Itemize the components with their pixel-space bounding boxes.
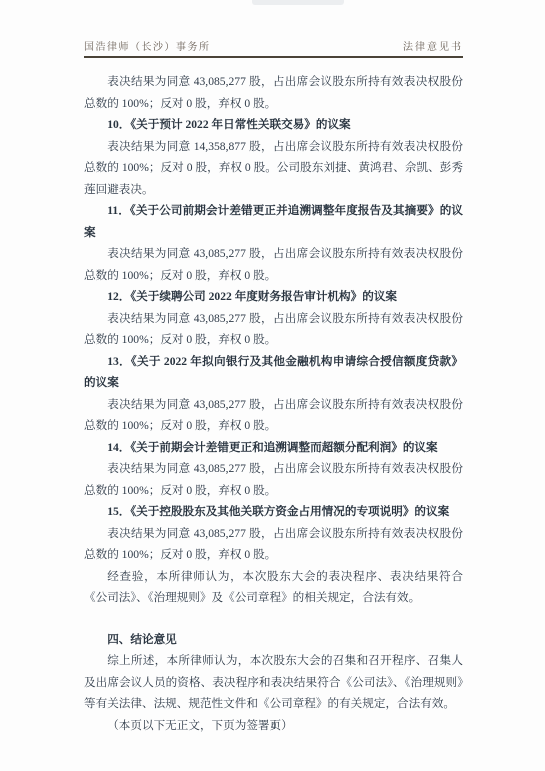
verification-statement-paragraph: 经查验，本所律师认为，本次股东大会的表决程序、表决结果符合《公司法》、《治理规则… bbox=[84, 566, 463, 609]
vote-result-paragraph-item14: 表决结果为同意 43,085,277 股，占出席会议股东所持有效表决权股份总数的… bbox=[84, 458, 463, 501]
proposal-heading-14: 14．《关于前期会计差错更正和追溯调整而超额分配利润》的议案 bbox=[84, 437, 463, 459]
scan-artifact bbox=[252, 0, 344, 5]
page-footer: 4 bbox=[84, 720, 463, 732]
conclusion-paragraph: 综上所述，本所律师认为，本次股东大会的召集和召开程序、召集人及出席会议人员的资格… bbox=[84, 650, 463, 715]
vote-result-paragraph-item15: 表决结果为同意 43,085,277 股，占出席会议股东所持有效表决权股份总数的… bbox=[84, 523, 463, 566]
proposal-heading-15: 15．《关于控股股东及其他关联方资金占用情况的专项说明》的议案 bbox=[84, 501, 463, 523]
proposal-heading-13: 13．《关于 2022 年拟向银行及其他金融机构申请综合授信额度贷款》的议案 bbox=[84, 351, 463, 394]
proposal-heading-11: 11．《关于公司前期会计差错更正并追溯调整年度报告及其摘要》的议案 bbox=[84, 200, 463, 243]
vote-result-paragraph-item13: 表决结果为同意 43,085,277 股，占出席会议股东所持有效表决权股份总数的… bbox=[84, 394, 463, 437]
vote-result-paragraph-item12: 表决结果为同意 43,085,277 股，占出席会议股东所持有效表决权股份总数的… bbox=[84, 308, 463, 351]
legal-opinion-page: 国浩律师（长沙）事务所 法律意见书 表决结果为同意 43,085,277 股，占… bbox=[0, 0, 545, 771]
document-body: 表决结果为同意 43,085,277 股，占出席会议股东所持有效表决权股份总数的… bbox=[84, 71, 463, 736]
page-number: 4 bbox=[271, 720, 277, 732]
page-header: 国浩律师（长沙）事务所 法律意见书 bbox=[84, 38, 463, 58]
vote-result-paragraph-item9: 表决结果为同意 43,085,277 股，占出席会议股东所持有效表决权股份总数的… bbox=[84, 71, 463, 114]
header-firm-name: 国浩律师（长沙）事务所 bbox=[84, 38, 211, 53]
conclusion-section-heading: 四、结论意见 bbox=[84, 629, 463, 651]
header-document-title: 法律意见书 bbox=[403, 38, 463, 53]
proposal-heading-10: 10．《关于预计 2022 年日常性关联交易》的议案 bbox=[84, 114, 463, 136]
proposal-heading-12: 12．《关于续聘公司 2022 年度财务报告审计机构》的议案 bbox=[84, 286, 463, 308]
vote-result-paragraph-item10: 表决结果为同意 14,358,877 股，占出席会议股东所持有效表决权股份总数的… bbox=[84, 136, 463, 201]
vote-result-paragraph-item11: 表决结果为同意 43,085,277 股，占出席会议股东所持有效表决权股份总数的… bbox=[84, 243, 463, 286]
